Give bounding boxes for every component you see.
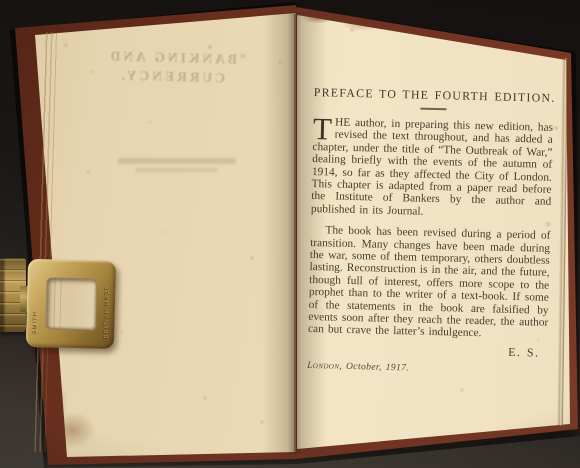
title-rule bbox=[420, 108, 446, 110]
clasp-engraving-left: SMITH bbox=[32, 274, 40, 334]
preface-text-block: PREFACE TO THE FOURTH EDITION. THE autho… bbox=[307, 86, 554, 378]
clasp-opening bbox=[45, 277, 97, 330]
book-photo: BANKING AND CURRENCY. PREFACE TO THE FOU… bbox=[0, 0, 580, 468]
clasp-frame: SMITH BRITISH MADE bbox=[26, 259, 116, 349]
brass-clasp: SMITH BRITISH MADE bbox=[0, 248, 122, 358]
left-page-ghost-title: BANKING AND CURRENCY. bbox=[86, 46, 259, 88]
preface-paragraph-1: THE author, in preparing this new editio… bbox=[311, 116, 553, 221]
preface-paragraph-2: The book has been revised during a perio… bbox=[308, 224, 551, 341]
dateline-date: October, 1917. bbox=[342, 362, 409, 374]
ghost-publisher-bar bbox=[118, 158, 236, 164]
ghost-publisher-bar bbox=[136, 168, 218, 172]
clasp-engraving-right: BRITISH MADE bbox=[103, 273, 111, 339]
dateline-place: London, bbox=[307, 361, 342, 372]
paragraph-1-text: HE author, in preparing this new edition… bbox=[311, 116, 553, 217]
dropcap-letter: T bbox=[313, 116, 336, 141]
book-gutter-line bbox=[294, 14, 296, 452]
author-initials: E. S. bbox=[307, 341, 547, 359]
